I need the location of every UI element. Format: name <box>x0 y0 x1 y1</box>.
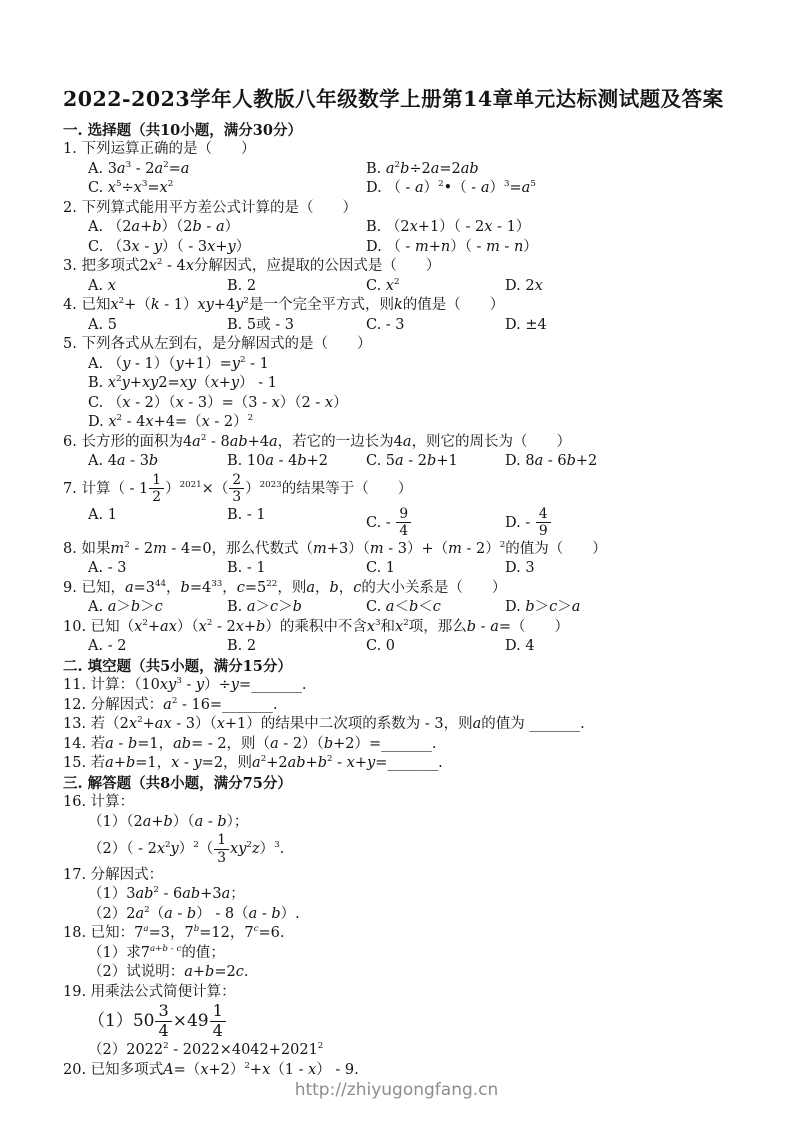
options-row: C. x5÷x3=x2D. （ - a）2•（ - a）3=a5 <box>63 179 735 199</box>
option-line: C. （x - 2）（x - 3）=（3 - x）（2 - x） <box>63 394 735 414</box>
option: D. - 49 <box>505 506 552 540</box>
option: B. （2x+1）（ - 2x - 1） <box>366 218 530 238</box>
question-stem: 17. 分解因式： <box>63 866 735 886</box>
question-stem: 13. 若（2x2+ax - 3）（x+1）的结果中二次项的系数为 - 3，则a… <box>63 715 735 735</box>
option: C. - 94 <box>366 506 505 540</box>
question-stem: 6. 长方形的面积为4a2 - 8ab+4a，若它的一边长为4a，则它的周长为（… <box>63 433 735 453</box>
option: D. 2x <box>505 277 543 297</box>
paper-content: 一. 选择题（共10小题，满分30分）1. 下列运算正确的是（ ）A. 3a3 … <box>63 121 735 1081</box>
option: A. - 3 <box>88 559 227 579</box>
option: A. （2a+b）（2b - a） <box>88 218 366 238</box>
option: A. a＞b＞c <box>88 598 227 618</box>
question-subpart: （2）20222 - 2022×4042+20212 <box>63 1041 735 1061</box>
question-stem: 8. 如果m2 - 2m - 4=0，那么代数式（m+3）（m - 3）+（m … <box>63 540 735 560</box>
question-subpart: （2）（ - 2x2y）2（13xy2z）3. <box>63 832 735 866</box>
option: C. 0 <box>366 637 505 657</box>
option: A. x <box>88 277 227 297</box>
question-stem: 12. 分解因式：a2 - 16=_______. <box>63 696 735 716</box>
question-stem: 14. 若a - b=1，ab= - 2，则（a - 2）（b+2）=_____… <box>63 735 735 755</box>
option: D. （ - a）2•（ - a）3=a5 <box>366 179 536 199</box>
option: A. 5 <box>88 316 227 336</box>
option-line: B. x2y+xy2=xy（x+y） - 1 <box>63 374 735 394</box>
fraction: 12 <box>149 473 164 505</box>
test-paper-page: 2022-2023学年人教版八年级数学上册第14章单元达标测试题及答案 一. 选… <box>0 0 793 1122</box>
option: D. 4 <box>505 637 535 657</box>
question-stem: 2. 下列算式能用平方差公式计算的是（ ） <box>63 199 735 219</box>
option: B. 10a - 4b+2 <box>227 452 366 472</box>
question-stem: 15. 若a+b=1，x - y=2，则a2+2ab+b2 - x+y=____… <box>63 754 735 774</box>
options-row: A. （2a+b）（2b - a）B. （2x+1）（ - 2x - 1） <box>63 218 735 238</box>
question-stem: 7. 计算（ - 112）2021×（23）2023的结果等于（ ） <box>63 472 735 506</box>
option: D. ±4 <box>505 316 547 336</box>
page-title: 2022-2023学年人教版八年级数学上册第14章单元达标测试题及答案 <box>63 86 735 114</box>
question-stem: 1. 下列运算正确的是（ ） <box>63 140 735 160</box>
option: A. 1 <box>88 506 227 540</box>
option-line: D. x2 - 4x+4=（x - 2）2 <box>63 413 735 433</box>
options-row: A. 1B. - 1C. - 94D. - 49 <box>63 506 735 540</box>
option: C. x5÷x3=x2 <box>88 179 366 199</box>
fraction: 49 <box>536 507 551 539</box>
option: D. 8a - 6b+2 <box>505 452 597 472</box>
option: C. 5a - 2b+1 <box>366 452 505 472</box>
question-stem: 3. 把多项式2x2 - 4x分解因式，应提取的公因式是（ ） <box>63 257 735 277</box>
section-heading: 二. 填空题（共5小题，满分15分） <box>63 657 735 677</box>
question-stem: 10. 已知（x2+ax）（x2 - 2x+b）的乘积中不含x3和x2项，那么b… <box>63 618 735 638</box>
option: C. a＜b＜c <box>366 598 505 618</box>
option: C. 1 <box>366 559 505 579</box>
option: C. （3x - y）（ - 3x+y） <box>88 238 366 258</box>
option: D. 3 <box>505 559 535 579</box>
question-subpart: （2）2a2（a - b） - 8（a - b）. <box>63 905 735 925</box>
option: A. 4a - 3b <box>88 452 227 472</box>
question-stem: 11. 计算：（10xy3 - y）÷y=_______. <box>63 676 735 696</box>
question-stem: 19. 用乘法公式简便计算： <box>63 983 735 1003</box>
options-row: A. a＞b＞cB. a＞c＞bC. a＜b＜cD. b＞c＞a <box>63 598 735 618</box>
options-row: A. 4a - 3bB. 10a - 4b+2C. 5a - 2b+1D. 8a… <box>63 452 735 472</box>
option: B. a2b÷2a=2ab <box>366 160 479 180</box>
question-subpart: （1）5034×4914 <box>63 1002 735 1041</box>
footer-url: http://zhiyugongfang.cn <box>0 1080 793 1100</box>
option: B. - 1 <box>227 506 366 540</box>
section-heading: 三. 解答题（共8小题，满分75分） <box>63 774 735 794</box>
question-stem: 5. 下列各式从左到右，是分解因式的是（ ） <box>63 335 735 355</box>
option: D. （ - m+n）（ - m - n） <box>366 238 538 258</box>
question-stem: 16. 计算： <box>63 793 735 813</box>
fraction: 14 <box>210 1003 226 1040</box>
option: B. 5或 - 3 <box>227 316 366 336</box>
option-line: A. （y - 1）（y+1）=y2 - 1 <box>63 355 735 375</box>
option: B. 2 <box>227 637 366 657</box>
section-heading: 一. 选择题（共10小题，满分30分） <box>63 121 735 141</box>
options-row: A. 5B. 5或 - 3C. - 3D. ±4 <box>63 316 735 336</box>
question-stem: 4. 已知x2+（k - 1）xy+4y2是一个完全平方式，则k的值是（ ） <box>63 296 735 316</box>
question-stem: 18. 已知：7a=3，7b=12，7c=6. <box>63 924 735 944</box>
option: B. a＞c＞b <box>227 598 366 618</box>
fraction: 23 <box>229 473 244 505</box>
option: C. - 3 <box>366 316 505 336</box>
options-row: A. 3a3 - 2a2=aB. a2b÷2a=2ab <box>63 160 735 180</box>
options-row: A. - 3B. - 1C. 1D. 3 <box>63 559 735 579</box>
question-subpart: （1）3ab2 - 6ab+3a； <box>63 885 735 905</box>
question-subpart: （1）求7a+b - c的值； <box>63 944 735 964</box>
option: D. b＞c＞a <box>505 598 580 618</box>
fraction: 13 <box>214 833 229 865</box>
question-subpart: （2）试说明：a+b=2c. <box>63 963 735 983</box>
fraction: 34 <box>155 1003 171 1040</box>
question-stem: 9. 已知，a=344，b=433，c=522，则a，b，c的大小关系是（ ） <box>63 579 735 599</box>
option: C. x2 <box>366 277 505 297</box>
option: A. - 2 <box>88 637 227 657</box>
question-stem: 20. 已知多项式A=（x+2）2+x（1 - x） - 9. <box>63 1061 735 1081</box>
option: B. - 1 <box>227 559 366 579</box>
options-row: A. xB. 2C. x2D. 2x <box>63 277 735 297</box>
option: A. 3a3 - 2a2=a <box>88 160 366 180</box>
options-row: A. - 2B. 2C. 0D. 4 <box>63 637 735 657</box>
option: B. 2 <box>227 277 366 297</box>
question-subpart: （1）（2a+b）（a - b）； <box>63 813 735 833</box>
options-row: C. （3x - y）（ - 3x+y）D. （ - m+n）（ - m - n… <box>63 238 735 258</box>
fraction: 94 <box>396 507 411 539</box>
